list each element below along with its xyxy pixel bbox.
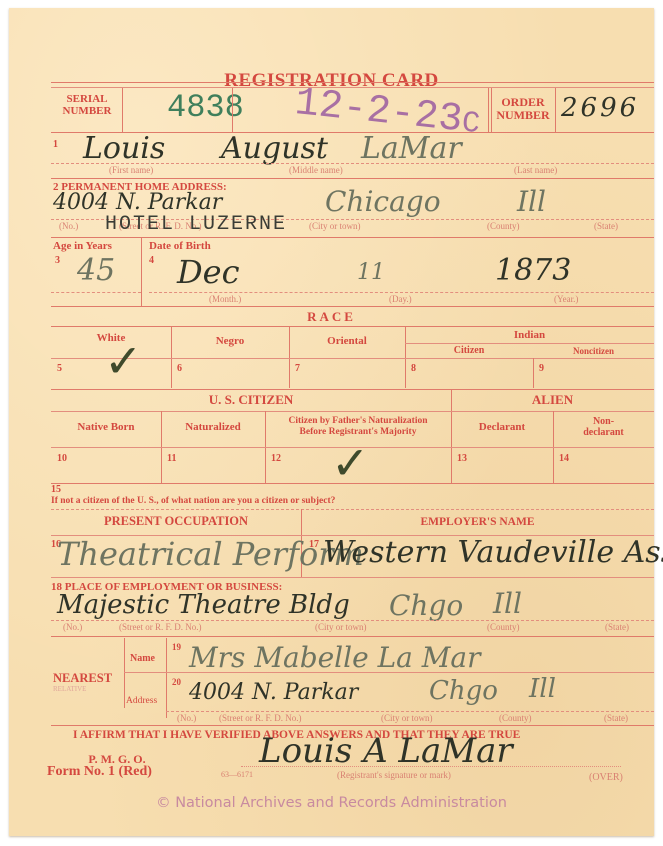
age-value: 45: [77, 256, 115, 286]
race-oriental-label: Oriental: [289, 336, 405, 347]
birth-day: 11: [357, 262, 385, 284]
rule: [51, 509, 654, 510]
field-number-3: 3: [55, 256, 60, 266]
race-indian-citizen-label: Citizen: [405, 346, 533, 356]
rule: [51, 163, 654, 164]
field-number-9: 9: [539, 364, 544, 374]
nearest-relative-label2: RELATIVE: [53, 686, 86, 693]
serial-label-line1: SERIAL: [53, 93, 121, 105]
race-negro-label: Negro: [171, 336, 289, 347]
dob-label: Date of Birth: [149, 241, 211, 252]
relative-address-state: Ill: [529, 676, 556, 702]
occupation-heading: PRESENT OCCUPATION: [51, 515, 301, 528]
rule: [51, 82, 654, 83]
rule: [51, 577, 654, 578]
age-label: Age in Years: [53, 241, 112, 252]
signature-caption: (Registrant's signature or mark): [337, 771, 451, 780]
relative-name: Mrs Mabelle La Mar: [189, 644, 481, 672]
birth-year: 1873: [495, 256, 571, 286]
caption-last-name: (Last name): [514, 166, 557, 175]
registrant-signature: Louis A LaMar: [259, 734, 513, 768]
rule: [51, 306, 654, 307]
home-city: Chicago: [325, 188, 441, 216]
rule: [51, 326, 654, 327]
caption-relative-street: (Street or R. F. D. No.): [219, 714, 302, 723]
relative-address-city: Chgo: [429, 678, 498, 704]
non-declarant-label: Non- declarant: [553, 416, 654, 438]
us-citizen-heading: U. S. CITIZEN: [51, 393, 451, 406]
rule: [405, 343, 654, 344]
caption-employment-city: (City or town): [315, 623, 367, 632]
home-state: Ill: [517, 188, 546, 216]
divider: [166, 638, 167, 718]
divider: [141, 237, 142, 306]
race-white-checkmark: ✓: [104, 338, 143, 384]
rule: [51, 620, 654, 621]
form-code-line2: Form No. 1 (Red): [47, 765, 152, 779]
order-number-label: ORDER NUMBER: [493, 96, 553, 122]
race-indian-label: Indian: [405, 330, 654, 341]
caption-relative-state: (State): [604, 714, 628, 723]
relative-address-street: 4004 N. Parkar: [189, 682, 358, 704]
print-code: 63—6171: [221, 771, 253, 779]
naturalized-label: Naturalized: [161, 422, 265, 433]
caption-relative-county: (County): [499, 714, 532, 723]
field-number-19: 19: [172, 643, 181, 652]
field-number-13: 13: [457, 454, 467, 464]
father-naturalization-label: Citizen by Father's Naturalization Befor…: [265, 416, 451, 438]
race-heading: RACE: [9, 310, 654, 323]
divider: [124, 638, 125, 708]
caption-employment-street: (Street or R. F. D. No.): [119, 623, 202, 632]
field-number-7: 7: [295, 364, 300, 374]
divider: [122, 88, 123, 132]
rule: [51, 389, 654, 390]
declarant-label: Declarant: [451, 422, 553, 433]
first-name: Louis: [83, 134, 165, 164]
nation-question: If not a citizen of the U. S., of what n…: [51, 497, 335, 507]
rule: [51, 292, 141, 293]
rule: [51, 725, 654, 726]
hotel-stamp: HOTEL LUZERNE: [105, 215, 287, 235]
field-number-6: 6: [177, 364, 182, 374]
last-name: LaMar: [361, 134, 462, 164]
caption-year: (Year.): [554, 295, 578, 304]
nearest-relative-label: NEAREST: [53, 672, 112, 685]
caption-employment-county: (County): [487, 623, 520, 632]
employment-city: Chgo: [389, 592, 463, 620]
rule: [51, 483, 654, 484]
caption-first-name: (First name): [109, 166, 153, 175]
caption-home-county: (County): [487, 222, 520, 231]
field-number-4: 4: [149, 256, 154, 266]
serial-number-label: SERIAL NUMBER: [53, 93, 121, 117]
home-street: 4004 N. Parkar: [53, 192, 222, 214]
rule: [166, 711, 654, 712]
middle-name: August: [221, 134, 328, 164]
employer-heading: EMPLOYER'S NAME: [301, 517, 654, 529]
employment-state: Ill: [493, 590, 522, 618]
employer-value: Western Vaudeville Assn: [323, 538, 663, 568]
caption-home-no: (No.): [59, 222, 78, 231]
divider: [488, 88, 489, 132]
alien-heading: ALIEN: [451, 393, 654, 406]
over-label: (OVER): [589, 773, 623, 783]
caption-home-city: (City or town): [309, 222, 361, 231]
field-number-11: 11: [167, 454, 176, 464]
caption-day: (Day.): [389, 295, 412, 304]
field-number-15: 15: [51, 485, 61, 495]
field-number-8: 8: [411, 364, 416, 374]
divider: [533, 358, 534, 388]
father-naturalization-checkmark: ✓: [331, 440, 370, 486]
rule: [51, 178, 654, 179]
race-indian-noncitizen-label: Noncitizen: [533, 347, 654, 356]
employment-street: Majestic Theatre Bldg: [57, 592, 350, 618]
rule: [149, 292, 654, 293]
field-number-14: 14: [559, 454, 569, 464]
nara-watermark: © National Archives and Records Administ…: [9, 795, 654, 811]
serial-label-line2: NUMBER: [53, 105, 121, 117]
order-number: 2696: [561, 95, 639, 121]
caption-employment-state: (State): [605, 623, 629, 632]
native-born-label: Native Born: [51, 422, 161, 433]
field-number-17: 17: [309, 540, 319, 550]
field-number-5: 5: [57, 364, 62, 374]
field-number-20: 20: [172, 678, 181, 687]
caption-month: (Month.): [209, 295, 241, 304]
caption-employment-no: (No.): [63, 623, 82, 632]
caption-relative-city: (City or town): [381, 714, 433, 723]
caption-home-state: (State): [594, 222, 618, 231]
non-declarant-line1: Non-: [553, 416, 654, 427]
non-declarant-line2: declarant: [553, 427, 654, 438]
rule: [51, 411, 654, 412]
field-number-10: 10: [57, 454, 67, 464]
caption-relative-no: (No.): [177, 714, 196, 723]
field-number-12: 12: [271, 454, 281, 464]
date-stamp-suffix: C: [460, 107, 481, 143]
birth-month: Dec: [177, 256, 240, 288]
divider: [491, 88, 492, 132]
rule: [51, 636, 654, 637]
father-naturalization-line1: Citizen by Father's Naturalization: [265, 416, 451, 427]
relative-name-label: Name: [130, 654, 155, 664]
divider: [555, 88, 556, 132]
caption-middle-name: (Middle name): [289, 166, 343, 175]
divider: [232, 88, 233, 132]
field-number-1: 1: [53, 140, 58, 150]
order-label-line2: NUMBER: [493, 109, 553, 122]
relative-address-label: Address: [126, 697, 157, 707]
registration-card: REGISTRATION CARD SERIAL NUMBER 4838 12-…: [9, 8, 654, 836]
